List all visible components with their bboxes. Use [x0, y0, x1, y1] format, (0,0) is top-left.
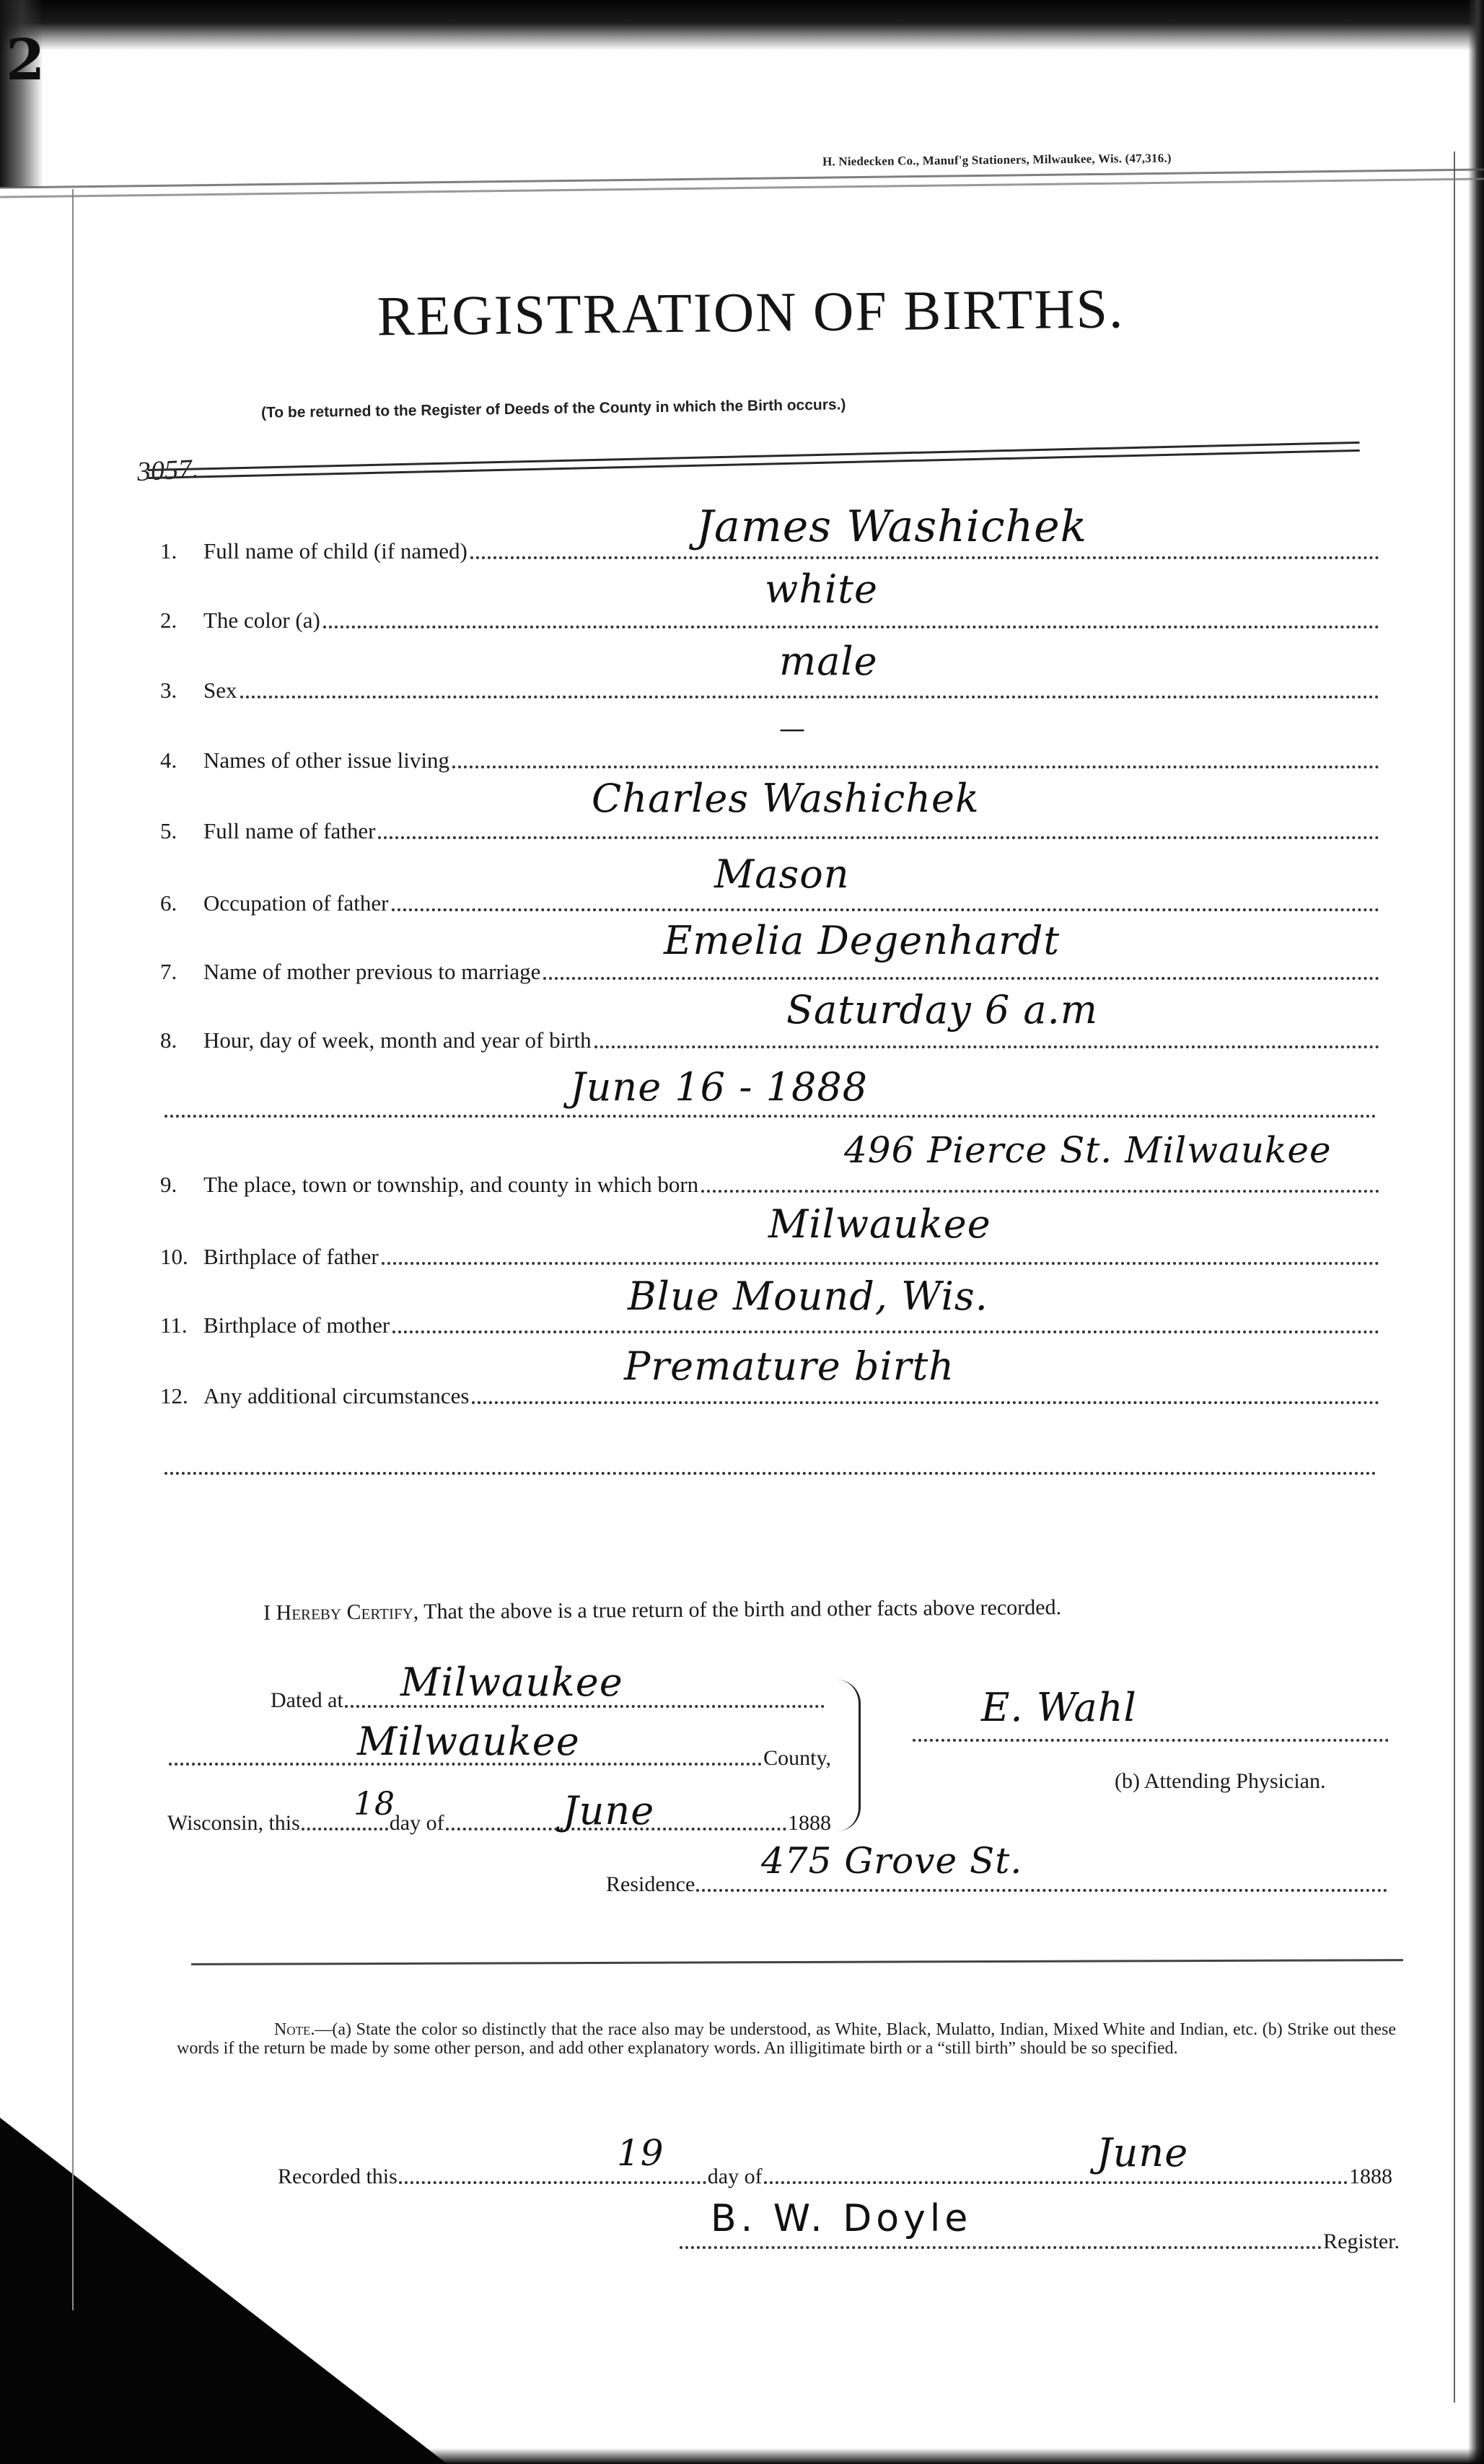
- dated-at-label: Dated at: [271, 1688, 343, 1713]
- field-label: Full name of child (if named): [203, 538, 467, 564]
- scan-shadow-bottom: [0, 2448, 1484, 2464]
- certification-month-value: June: [563, 1788, 654, 1833]
- header-rule: [0, 168, 1484, 198]
- form-subtitle: (To be returned to the Register of Deeds…: [261, 396, 846, 421]
- recorded-day-value: 19: [617, 2132, 664, 2174]
- field-number: 11.: [160, 1312, 203, 1338]
- recorded-field: Recorded this day of 1888: [278, 2165, 1392, 2189]
- field-label: Full name of father: [203, 818, 375, 844]
- mother-maiden-name-value: Emelia Degenhardt: [664, 918, 1060, 963]
- residence-value: 475 Grove St.: [761, 1840, 1022, 1882]
- field-number: 3.: [160, 678, 203, 703]
- fill-line: [470, 556, 1379, 559]
- certification-date-field: Wisconsin, this day of 1888: [167, 1811, 831, 1836]
- certification-day-value: 18: [354, 1786, 395, 1823]
- fill-line: [392, 1330, 1379, 1333]
- additional-circumstances-value: Premature birth: [624, 1343, 954, 1389]
- fill-line: [240, 696, 1380, 698]
- day-of-label: day of: [390, 1811, 444, 1836]
- color-value: white: [765, 566, 878, 612]
- recorded-year: 1888: [1349, 2165, 1392, 2189]
- fill-line-continued: [164, 1115, 1377, 1118]
- certification-year: 1888: [788, 1811, 831, 1836]
- field-label: Occupation of father: [203, 890, 389, 916]
- fill-line: [378, 836, 1379, 839]
- field-number: 5.: [160, 818, 203, 844]
- recorded-day-of-label: day of: [708, 2165, 763, 2189]
- section-divider: [191, 1959, 1403, 1965]
- residence-label: Residence: [606, 1872, 695, 1897]
- right-margin-rule: [1454, 152, 1455, 2403]
- father-birthplace-value: Milwaukee: [768, 1201, 991, 1247]
- page-number: 2: [6, 27, 45, 93]
- attending-physician-label: (b) Attending Physician.: [1115, 1769, 1325, 1794]
- field-label: Hour, day of week, month and year of bir…: [203, 1027, 592, 1053]
- fill-line: [399, 2181, 706, 2184]
- birth-place-value: 496 Pierce St. Milwaukee: [844, 1129, 1332, 1171]
- double-rule: [148, 442, 1360, 479]
- scan-shadow-right: [1468, 0, 1484, 2464]
- form-note: Note.—(a) State the color so distinctly …: [177, 2020, 1396, 2058]
- fill-line: [594, 1045, 1379, 1048]
- child-name-value: James Washichek: [696, 501, 1087, 552]
- physician-signature-line: [913, 1739, 1389, 1742]
- printer-imprint: H. Niedecken Co., Manuf'g Stationers, Mi…: [822, 151, 1172, 169]
- recorded-month-value: June: [1097, 2130, 1188, 2175]
- left-margin-rule: [72, 189, 74, 2310]
- field-number: 9.: [160, 1172, 203, 1198]
- field-label: Any additional circumstances: [203, 1383, 469, 1409]
- field-other-issue: 4. Names of other issue living: [160, 730, 1379, 773]
- fill-line: [323, 626, 1379, 628]
- fill-line: [452, 766, 1379, 768]
- mother-birthplace-value: Blue Mound, Wis.: [628, 1273, 988, 1319]
- county-value: Milwaukee: [357, 1719, 580, 1764]
- field-label: Birthplace of mother: [203, 1312, 390, 1338]
- field-number: 7.: [160, 959, 203, 985]
- certification-statement: I Hereby Certify, That the above is a tr…: [263, 1595, 1061, 1626]
- wisconsin-this-label: Wisconsin, this: [167, 1811, 300, 1836]
- sex-value: male: [779, 639, 878, 684]
- note-lead: Note.: [177, 2020, 315, 2039]
- field-number: 6.: [160, 890, 203, 916]
- field-label: Birthplace of father: [203, 1244, 379, 1270]
- register-label: Register.: [1323, 2230, 1400, 2254]
- fill-line: [392, 908, 1380, 911]
- field-label: Name of mother previous to marriage: [203, 959, 540, 985]
- birth-date-value: June 16 - 1888: [570, 1064, 868, 1110]
- fill-line: [701, 1190, 1379, 1193]
- certify-lead: I Hereby Certify,: [263, 1600, 418, 1625]
- recorded-this-label: Recorded this: [278, 2165, 398, 2189]
- form-title: REGISTRATION OF BIRTHS.: [0, 272, 1484, 353]
- field-sex: 3. Sex: [160, 660, 1379, 703]
- register-signature: B. W. Doyle: [711, 2197, 972, 2240]
- field-number: 8.: [160, 1027, 203, 1053]
- scan-shadow-top: [0, 0, 1484, 51]
- fill-line: [696, 1889, 1387, 1892]
- father-name-value: Charles Washichek: [592, 776, 980, 821]
- father-occupation-value: Mason: [714, 851, 850, 897]
- bracket: [837, 1680, 861, 1831]
- birth-datetime-value: Saturday 6 a.m: [786, 987, 1098, 1032]
- field-number: 4.: [160, 747, 203, 773]
- field-number: 1.: [160, 538, 203, 564]
- field-birth-datetime: 8. Hour, day of week, month and year of …: [160, 1010, 1379, 1053]
- fill-line: [302, 1828, 388, 1831]
- other-issue-value: —: [779, 714, 806, 744]
- note-text: —(a) State the color so distinctly that …: [177, 2020, 1396, 2058]
- certify-text: That the above is a true return of the b…: [423, 1595, 1061, 1623]
- field-number: 2.: [160, 608, 203, 633]
- physician-signature: E. Wahl: [981, 1685, 1137, 1730]
- fill-line: [345, 1705, 825, 1708]
- blank-fill-line: [164, 1472, 1377, 1475]
- field-number: 10.: [160, 1244, 203, 1270]
- county-label: County,: [763, 1746, 831, 1771]
- fill-line: [472, 1401, 1379, 1404]
- field-label: Names of other issue living: [203, 747, 449, 773]
- fill-line: [382, 1262, 1379, 1265]
- field-number: 12.: [160, 1383, 203, 1409]
- fill-line: [543, 977, 1379, 980]
- fill-line: [680, 2246, 1322, 2249]
- dated-at-value: Milwaukee: [400, 1660, 623, 1705]
- field-label: The color (a): [203, 608, 320, 633]
- field-label: Sex: [203, 678, 237, 703]
- fill-line: [764, 2181, 1348, 2184]
- field-label: The place, town or township, and county …: [203, 1172, 698, 1198]
